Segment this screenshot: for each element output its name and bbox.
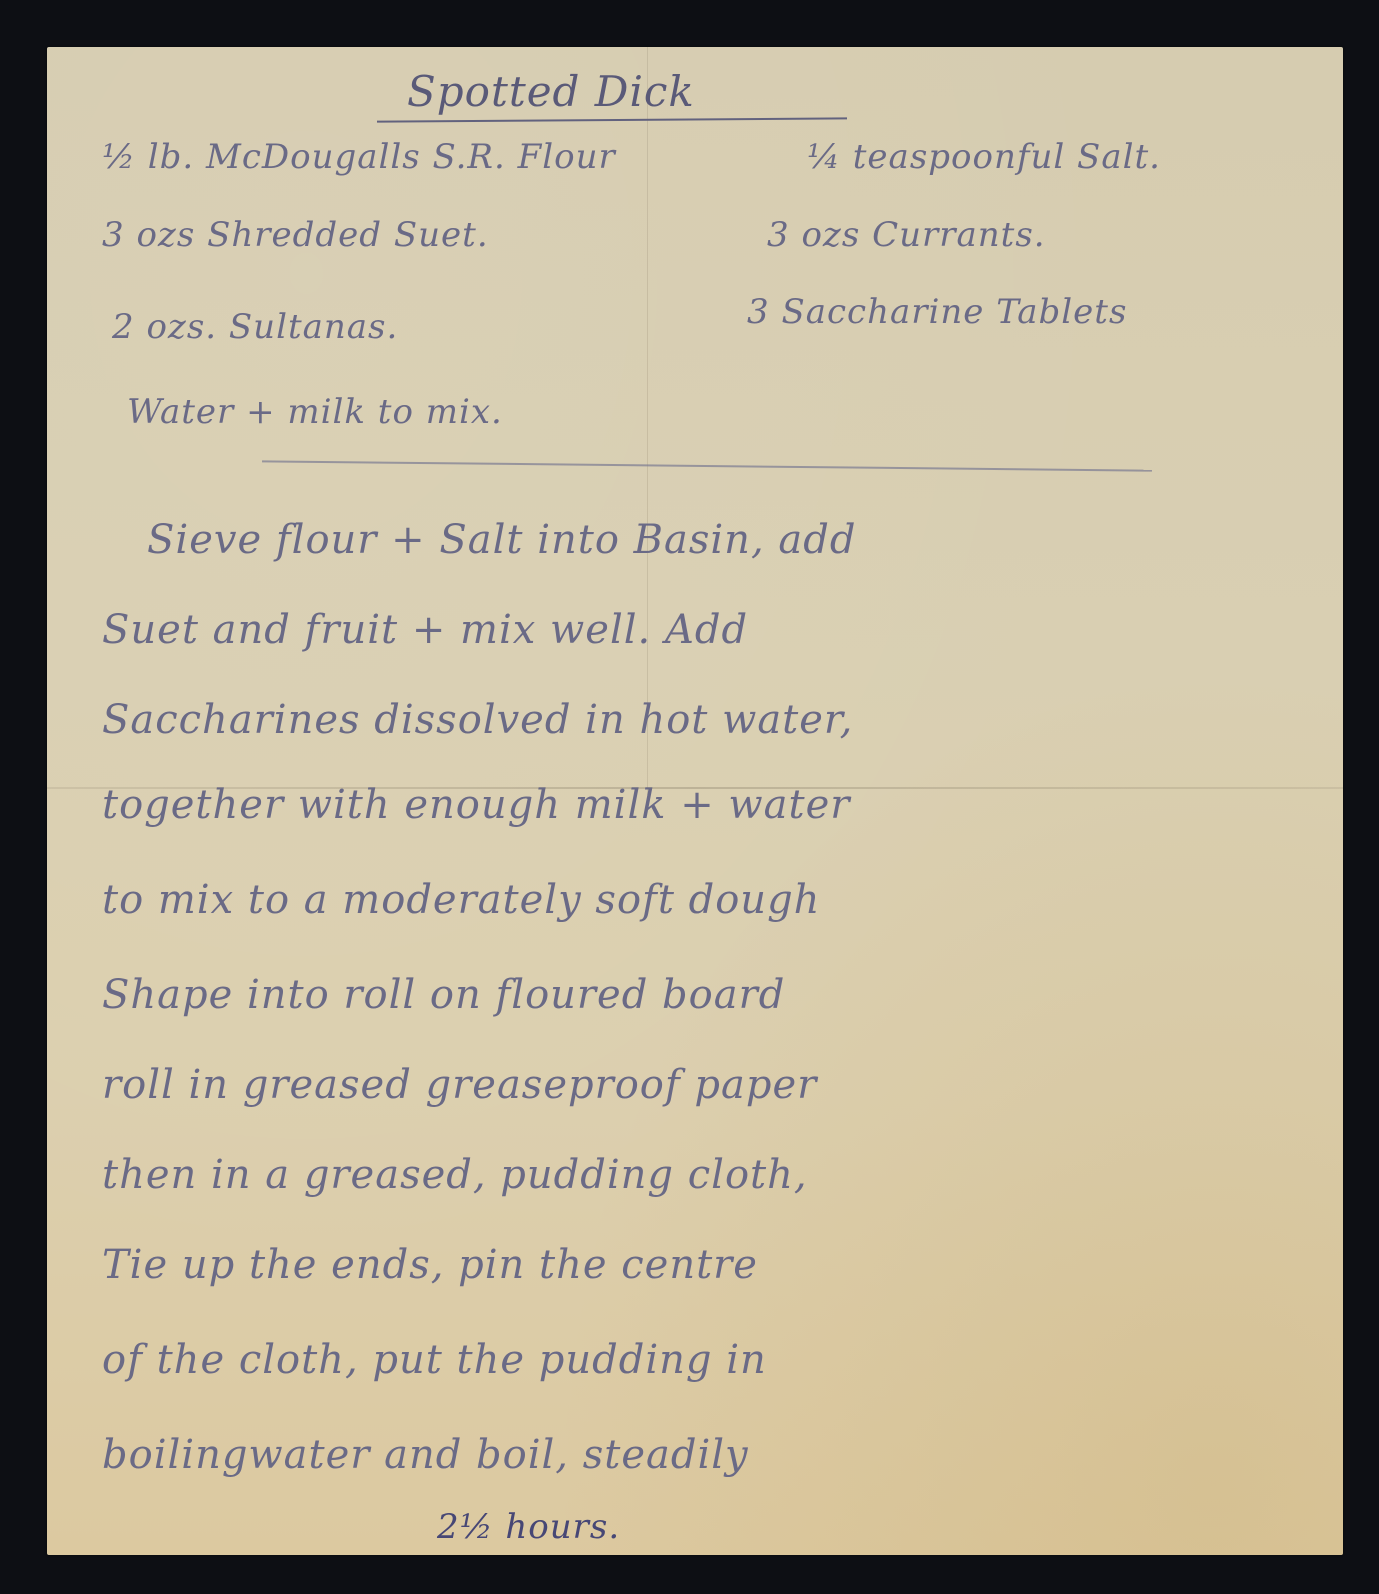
ingredient-suet: 3 ozs Shredded Suet. [102,215,489,255]
method-line: Tie up the ends, pin the centre [102,1242,758,1288]
method-line: Shape into roll on floured board [102,972,785,1018]
ingredient-currants: 3 ozs Currants. [767,215,1046,255]
title-underline [377,117,847,122]
ingredient-sultanas: 2 ozs. Sultanas. [112,307,398,347]
method-line: Saccharines dissolved in hot water, [102,697,853,743]
cooking-time: 2½ hours. [437,1507,620,1547]
method-line: Suet and fruit + mix well. Add [102,607,748,653]
ingredient-salt: ¼ teaspoonful Salt. [807,137,1161,177]
paper-fold-vertical [647,47,648,795]
divider-line [262,460,1152,471]
ingredient-flour: ½ lb. McDougalls S.R. Flour [102,137,616,177]
recipe-title: Spotted Dick [407,67,695,116]
method-line: then in a greased, pudding cloth, [102,1152,808,1198]
method-line: together with enough milk + water [102,782,850,828]
ingredient-water-milk: Water + milk to mix. [127,392,503,432]
method-line: boilingwater and boil, steadily [102,1432,749,1478]
method-line: Sieve flour + Salt into Basin, add [147,517,856,563]
ingredient-saccharine: 3 Saccharine Tablets [747,292,1127,332]
method-line: roll in greased greaseproof paper [102,1062,817,1108]
method-line: to mix to a moderately soft dough [102,877,820,923]
method-line: of the cloth, put the pudding in [102,1337,767,1383]
recipe-paper: Spotted Dick ½ lb. McDougalls S.R. Flour… [47,47,1343,1555]
